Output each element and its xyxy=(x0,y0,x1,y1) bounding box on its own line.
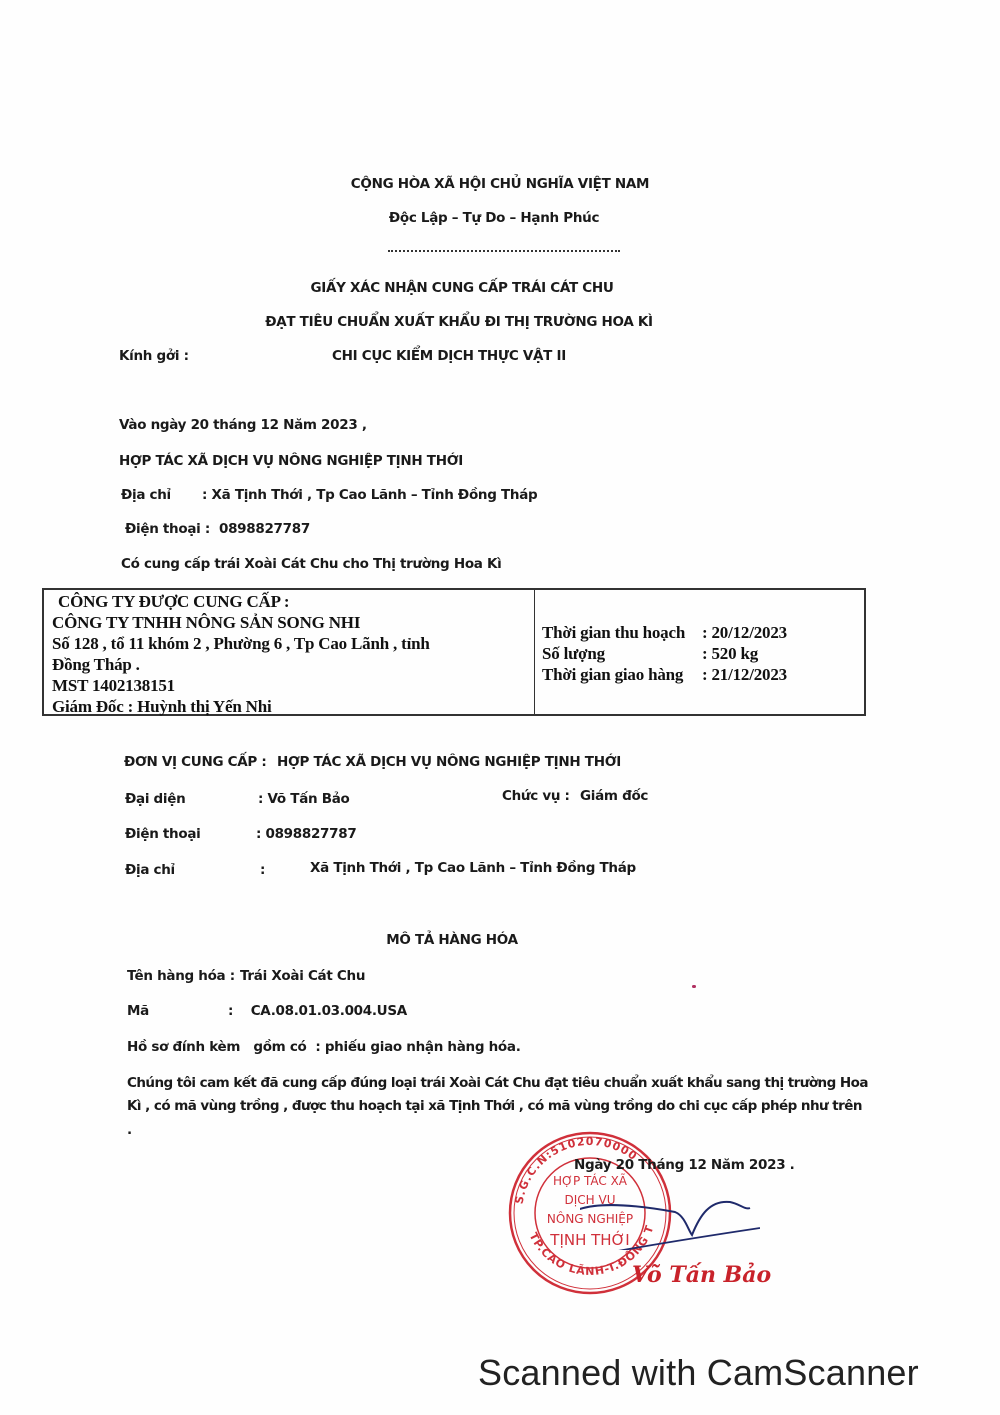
quantity-row: Số lượng: 520 kg xyxy=(542,643,758,664)
intro-cooperative: HỢP TÁC XÃ DỊCH VỤ NÔNG NGHIỆP TỊNH THỚI xyxy=(119,453,463,469)
document-page: CỘNG HÒA XÃ HỘI CHỦ NGHĨA VIỆT NAM Độc L… xyxy=(0,0,1000,1415)
supplier-rep-label: Đại diện xyxy=(125,791,185,807)
supplier-rep: : Võ Tấn Bảo xyxy=(258,791,350,807)
supplied-company-tax-code: MST 1402138151 xyxy=(52,675,175,696)
supplied-company-address-1: Số 128 , tổ 11 khóm 2 , Phường 6 , Tp Ca… xyxy=(52,633,430,654)
camscanner-watermark: Scanned with CamScanner xyxy=(478,1352,919,1394)
signature-date: Ngày 20 Tháng 12 Năm 2023 . xyxy=(574,1157,795,1173)
recipient-name: CHI CỤC KIỂM DỊCH THỰC VẬT II xyxy=(332,348,566,364)
harvest-row: Thời gian thu hoạch: 20/12/2023 xyxy=(542,622,787,643)
supplier-phone-label: Điện thoại xyxy=(125,826,200,842)
national-motto: Độc Lập – Tự Do – Hạnh Phúc xyxy=(0,210,994,226)
commitment-line-3: . xyxy=(127,1122,132,1138)
supplier-address-colon: : xyxy=(260,862,265,878)
signer-name: Võ Tấn Bảo xyxy=(632,1262,771,1288)
quantity-label: Số lượng xyxy=(542,643,702,664)
recipient-label: Kính gởi : xyxy=(119,348,189,364)
supplier-address-label: Địa chỉ xyxy=(125,862,175,878)
quantity-value: : 520 kg xyxy=(702,644,758,663)
delivery-label: Thời gian giao hàng xyxy=(542,664,702,685)
goods-heading: MÔ TẢ HÀNG HÓA xyxy=(0,932,952,948)
commitment-line-1: Chúng tôi cam kết đã cung cấp đúng loại … xyxy=(127,1075,868,1091)
table-divider xyxy=(534,588,535,716)
supplied-company-address-2: Đồng Tháp . xyxy=(52,654,140,675)
delivery-date: : 21/12/2023 xyxy=(702,665,787,684)
harvest-date: : 20/12/2023 xyxy=(702,623,787,642)
national-title: CỘNG HÒA XÃ HỘI CHỦ NGHĨA VIỆT NAM xyxy=(0,176,1000,192)
supplied-company-director: Giám Đốc : Huỳnh thị Yến Nhi xyxy=(52,696,272,717)
intro-address: : Xã Tịnh Thới , Tp Cao Lãnh – Tỉnh Đồng… xyxy=(202,487,537,503)
intro-address-label: Địa chỉ xyxy=(121,487,171,503)
harvest-label: Thời gian thu hoạch xyxy=(542,622,702,643)
scan-speck xyxy=(692,985,696,988)
document-title-line2: ĐẠT TIÊU CHUẨN XUẤT KHẨU ĐI THỊ TRƯỜNG H… xyxy=(0,314,959,330)
supplier-phone: : 0898827787 xyxy=(256,826,356,842)
header-divider xyxy=(388,250,620,252)
supplier-name: HỢP TÁC XÃ DỊCH VỤ NÔNG NGHIỆP TỊNH THỚI xyxy=(277,754,621,770)
document-title-line1: GIẤY XÁC NHẬN CUNG CẤP TRÁI CÁT CHU xyxy=(0,280,962,296)
supplier-position: Giám đốc xyxy=(580,788,648,804)
supplier-label: ĐƠN VỊ CUNG CẤP : xyxy=(124,754,266,770)
supplied-company-name: CÔNG TY TNHH NÔNG SẢN SONG NHI xyxy=(52,612,360,633)
intro-phone: 0898827787 xyxy=(219,521,310,537)
supplier-address: Xã Tịnh Thới , Tp Cao Lãnh – Tỉnh Đồng T… xyxy=(310,860,636,876)
intro-date: Vào ngày 20 tháng 12 Năm 2023 , xyxy=(119,417,367,433)
supplier-position-label: Chức vụ : xyxy=(502,788,570,804)
goods-name: Trái Xoài Cát Chu xyxy=(240,968,365,984)
goods-code: : CA.08.01.03.004.USA xyxy=(228,1003,407,1019)
intro-phone-label: Điện thoại : xyxy=(125,521,210,537)
supplied-company-heading: CÔNG TY ĐƯỢC CUNG CẤP : xyxy=(58,591,289,612)
commitment-line-2: Kì , có mã vùng trồng , được thu hoạch t… xyxy=(127,1098,862,1114)
goods-code-label: Mã xyxy=(127,1003,149,1019)
delivery-row: Thời gian giao hàng: 21/12/2023 xyxy=(542,664,787,685)
goods-name-label: Tên hàng hóa : xyxy=(127,968,235,984)
goods-attachments: Hồ sơ đính kèm gồm có : phiếu giao nhận … xyxy=(127,1039,521,1055)
handwritten-signature-icon xyxy=(580,1180,760,1250)
intro-supply-statement: Có cung cấp trái Xoài Cát Chu cho Thị tr… xyxy=(121,556,502,572)
